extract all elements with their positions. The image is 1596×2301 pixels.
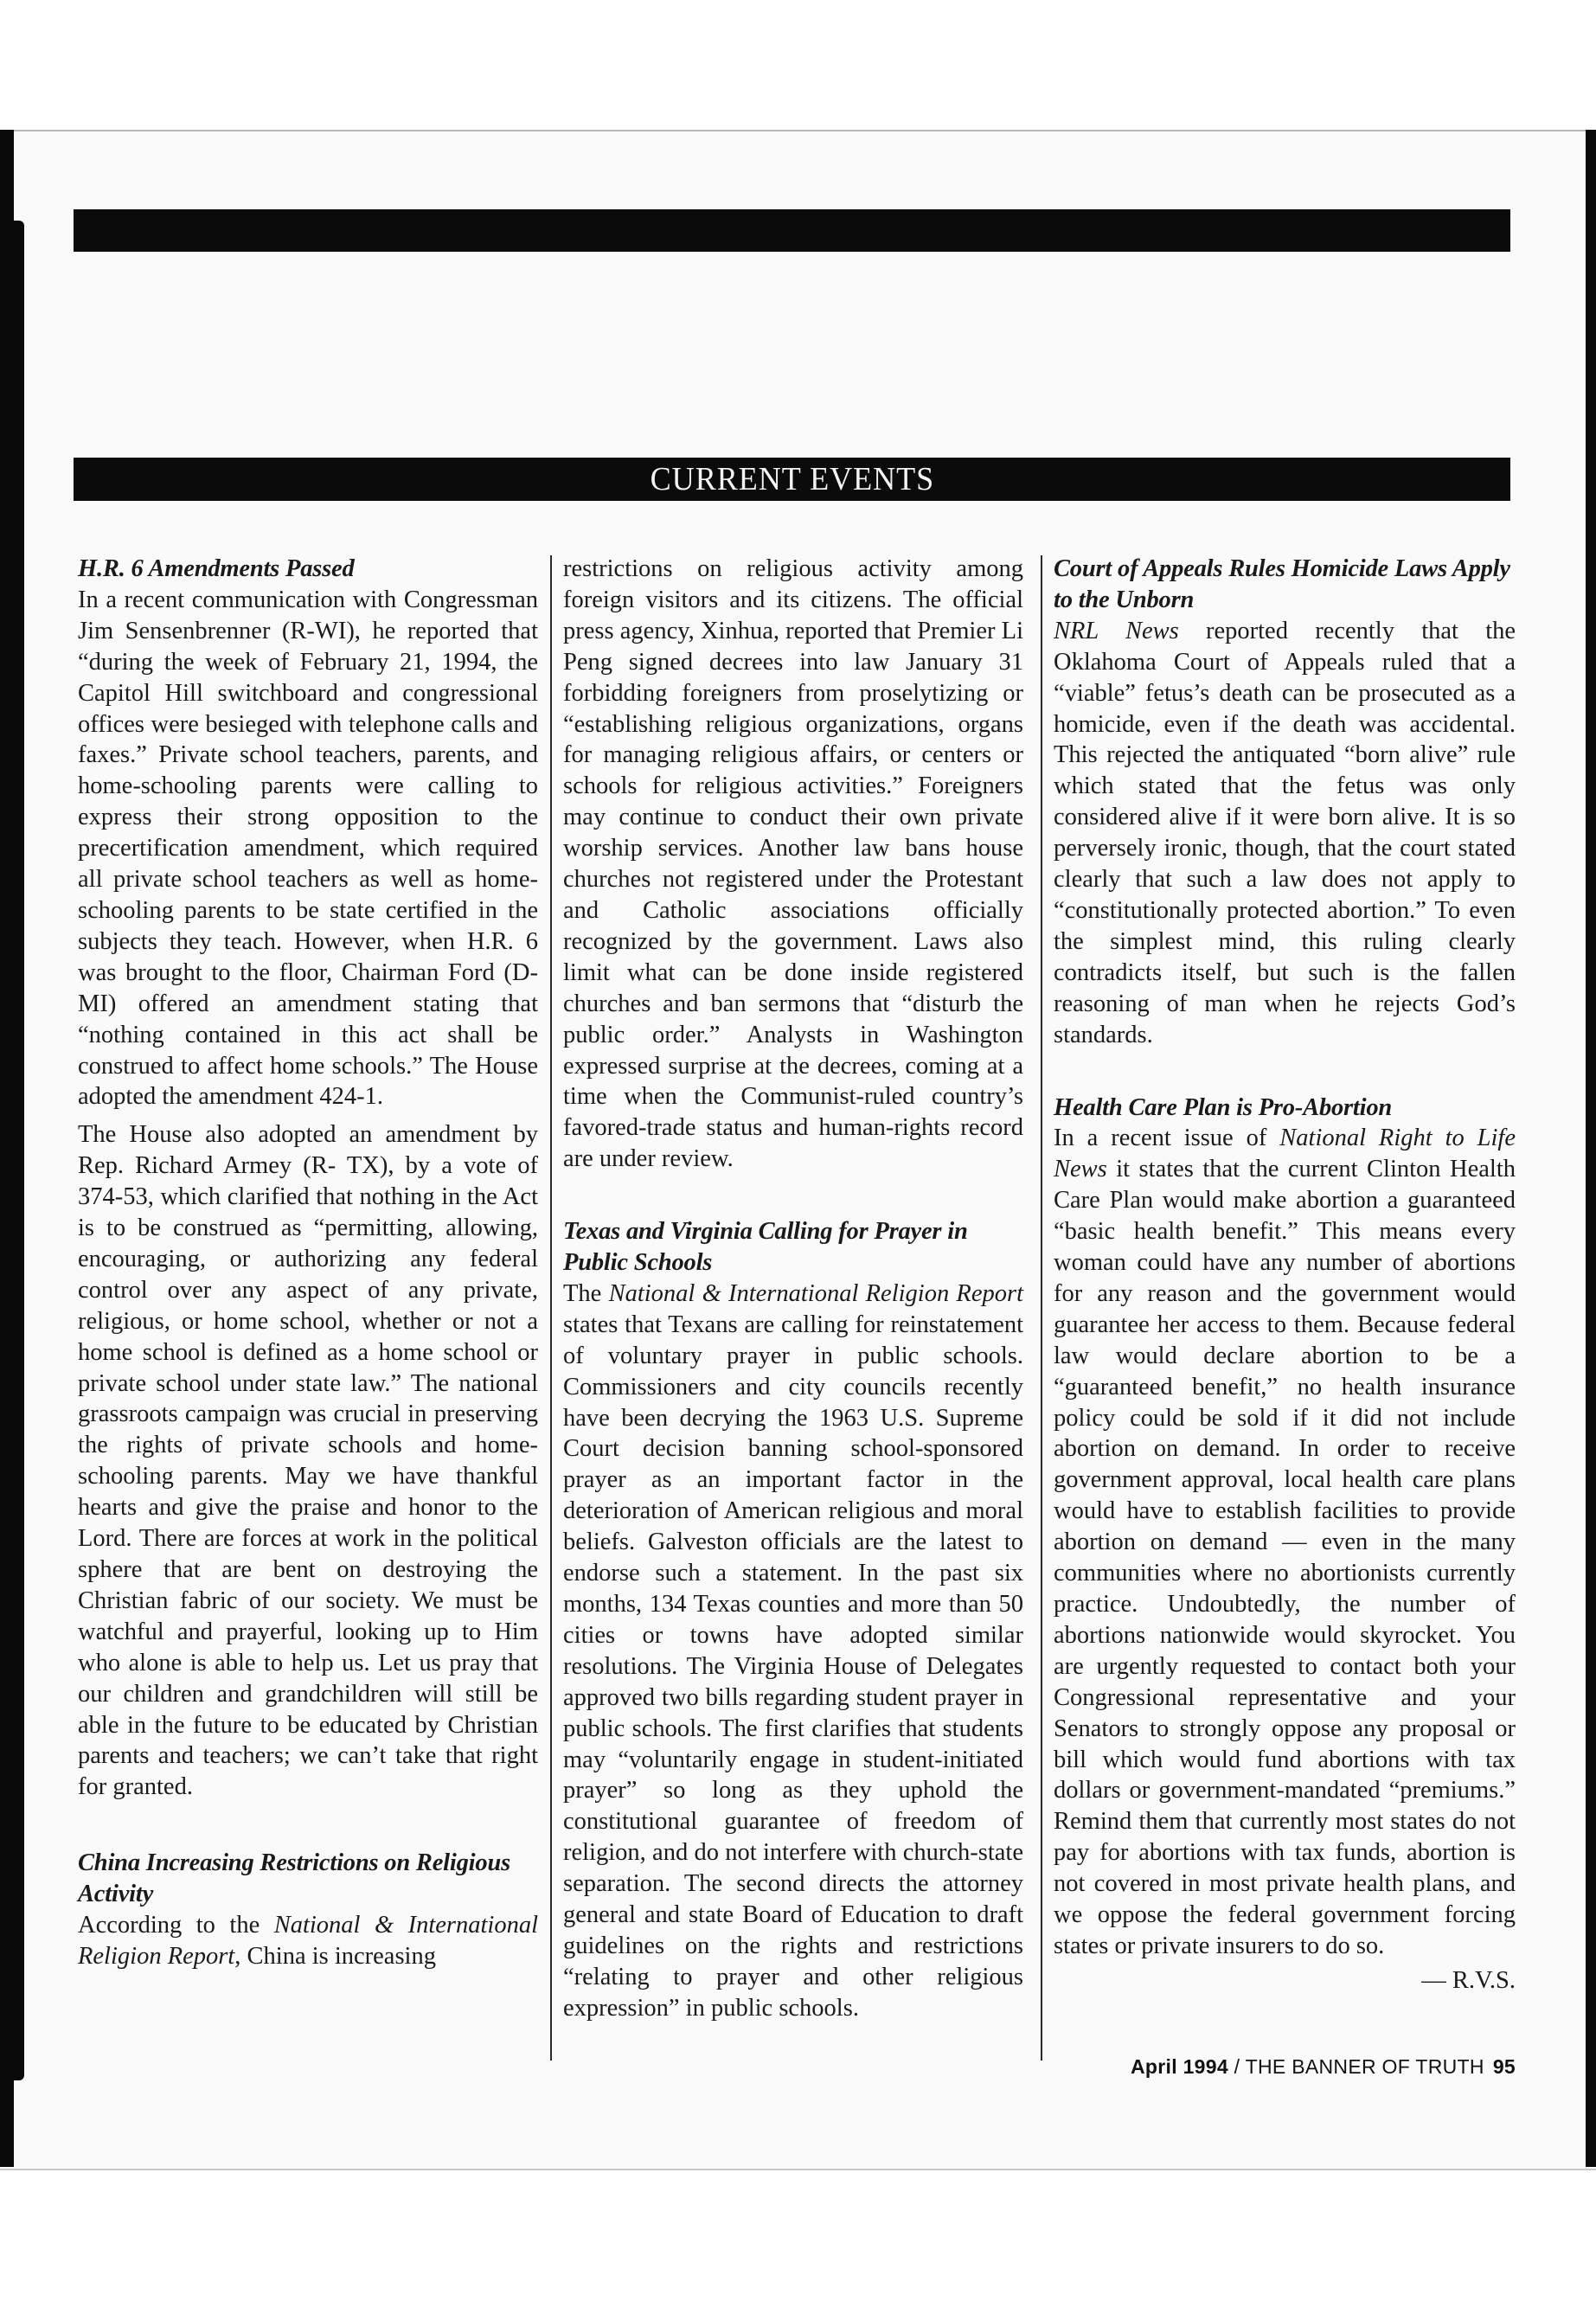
intro-suffix: reported recently that the Oklahoma Cour…	[1054, 618, 1516, 1048]
author-signature: — R.V.S.	[1054, 1965, 1516, 1997]
decorative-header-bar	[74, 209, 1510, 252]
intro-prefix: In a recent issue of	[1054, 1125, 1279, 1151]
article-paragraph: NRL News reported recently that the Okla…	[1054, 616, 1516, 1051]
column-divider	[1041, 555, 1042, 2061]
article-paragraph: In a recent communication with Congressm…	[78, 585, 538, 1112]
article-paragraph: The House also adopted an amendment by R…	[78, 1119, 538, 1803]
intro-suffix: states that Texans are calling for reins…	[563, 1311, 1023, 2022]
article-headline: Health Care Plan is Pro-Abortion	[1054, 1093, 1516, 1124]
publication-title: THE BANNER OF TRUTH	[1246, 2055, 1484, 2078]
article-intro: According to the National & Internationa…	[78, 1910, 538, 1972]
section-title: CURRENT EVENTS	[650, 463, 934, 496]
article-china-restrictions: China Increasing Restrictions on Religio…	[78, 1848, 538, 1972]
column-2: restrictions on religious activity among…	[563, 554, 1023, 2024]
source-title: National & International Religion Report	[609, 1280, 1023, 1307]
intro-prefix: According to the	[78, 1912, 274, 1939]
article-paragraph: The National & International Religion Re…	[563, 1279, 1023, 2024]
source-title: NRL News	[1054, 618, 1179, 644]
article-headline: Texas and Virginia Calling for Prayer in…	[563, 1216, 1023, 1279]
article-texas-virginia-prayer: Texas and Virginia Calling for Prayer in…	[563, 1216, 1023, 2024]
footer-separator: /	[1228, 2055, 1246, 2078]
issue-date: April 1994	[1131, 2055, 1228, 2078]
intro-suffix: it states that the current Clinton Healt…	[1054, 1156, 1516, 1959]
article-china-restrictions-continued: restrictions on religious activity among…	[563, 554, 1023, 1175]
article-court-of-appeals: Court of Appeals Rules Homicide Laws App…	[1054, 554, 1516, 1051]
article-headline: China Increasing Restrictions on Religio…	[78, 1848, 538, 1910]
page-footer: April 1994 / THE BANNER OF TRUTH95	[1116, 2055, 1516, 2079]
intro-suffix: , China is increasing	[234, 1943, 436, 1970]
article-paragraph: In a recent issue of National Right to L…	[1054, 1123, 1516, 1961]
scan-edge-left-shadow	[0, 221, 24, 2080]
column-divider	[550, 555, 552, 2061]
column-3: Court of Appeals Rules Homicide Laws App…	[1054, 554, 1516, 1997]
page-number: 95	[1493, 2055, 1516, 2078]
article-headline: Court of Appeals Rules Homicide Laws App…	[1054, 554, 1516, 616]
article-headline: H.R. 6 Amendments Passed	[78, 554, 538, 585]
article-paragraph: restrictions on religious activity among…	[563, 554, 1023, 1175]
section-header-bar: CURRENT EVENTS	[74, 458, 1510, 501]
article-health-care-plan: Health Care Plan is Pro-Abortion In a re…	[1054, 1093, 1516, 1997]
scan-edge-right	[1586, 130, 1596, 2167]
article-hr6-amendments: H.R. 6 Amendments Passed In a recent com…	[78, 554, 538, 1803]
intro-prefix: The	[563, 1280, 609, 1307]
column-1: H.R. 6 Amendments Passed In a recent com…	[78, 554, 538, 1972]
